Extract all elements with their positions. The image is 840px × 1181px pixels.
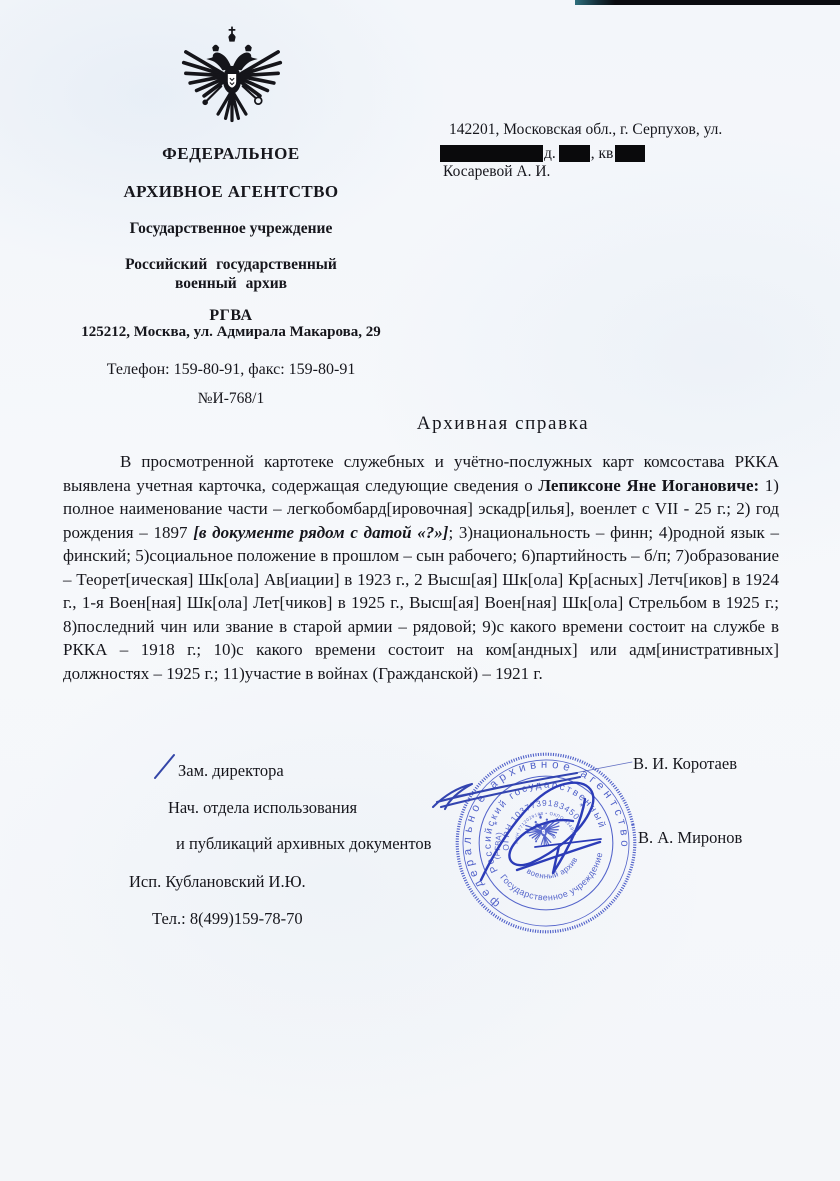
redaction-bar-flat [615,145,645,162]
body-text-part3: ; 3)национальность – финн; 4)родной язык… [63,523,779,683]
signature-role-head-line1: Нач. отдела использования [168,798,357,818]
seal-rgva-text: (РГВА) [492,831,503,859]
signature-role-head-line2: и публикаций архивных документов [176,834,431,854]
letterhead-agency-line1: ФЕДЕРАЛЬНОЕ [85,144,377,164]
svg-text:Государственное учреждение: Государственное учреждение [497,849,612,912]
letterhead-institution: Государственное учреждение [85,220,377,238]
seal-org-bottom-text: Государственное учреждение [497,849,612,912]
flat-label: , кв [590,145,615,162]
house-label: д. [543,145,557,162]
checkmark-slash [155,755,174,778]
seal-archive-text: военный архив [523,854,582,885]
signature-name-korotaev: В. И. Коротаев [633,754,737,774]
signature-role-deputy-director: Зам. директора [178,761,284,781]
recipient-address-line2: д. , кв [440,143,645,162]
russian-double-eagle-icon [176,24,288,142]
letterhead-archive-name-line1: Российский государственный [85,256,377,274]
doc-number: №И-768/1 [85,390,377,408]
signature-name-mironov: В. А. Миронов [638,828,742,848]
body-archivist-note: [в документе рядом с датой «?»] [193,523,448,542]
letterhead-archive-name-line2: военный архив [85,275,377,293]
recipient-address-line1: 142201, Московская обл., г. Серпухов, ул… [449,121,722,139]
executor-phone: Тел.: 8(499)159-78-70 [152,909,303,929]
redaction-bar-house [559,145,590,162]
svg-text:военный архив: военный архив [523,854,582,885]
executor-name: Исп. Кублановский И.Ю. [129,872,306,892]
recipient-name: Косаревой А. И. [443,163,550,181]
body-paragraph: В просмотренной картотеке служебных и уч… [63,450,779,685]
letterhead-phone: Телефон: 159-80-91, факс: 159-80-91 [85,361,377,379]
doc-title: Архивная справка [383,413,623,435]
redaction-bar-street [440,145,543,162]
scanned-document-page: ФЕДЕРАЛЬНОЕ АРХИВНОЕ АГЕНТСТВО Государст… [0,0,840,1181]
letterhead-address: 125212, Москва, ул. Адмирала Макарова, 2… [60,324,402,341]
scan-edge-artifact [575,0,840,5]
body-person-name: Лепиксоне Яне Иогановиче: [538,476,759,495]
letterhead-archive-abbr: РГВА [85,307,377,325]
round-seal-stamp: федеральное архивное агентство Российски… [435,732,658,955]
letterhead-agency-line2: АРХИВНОЕ АГЕНТСТВО [85,182,377,202]
